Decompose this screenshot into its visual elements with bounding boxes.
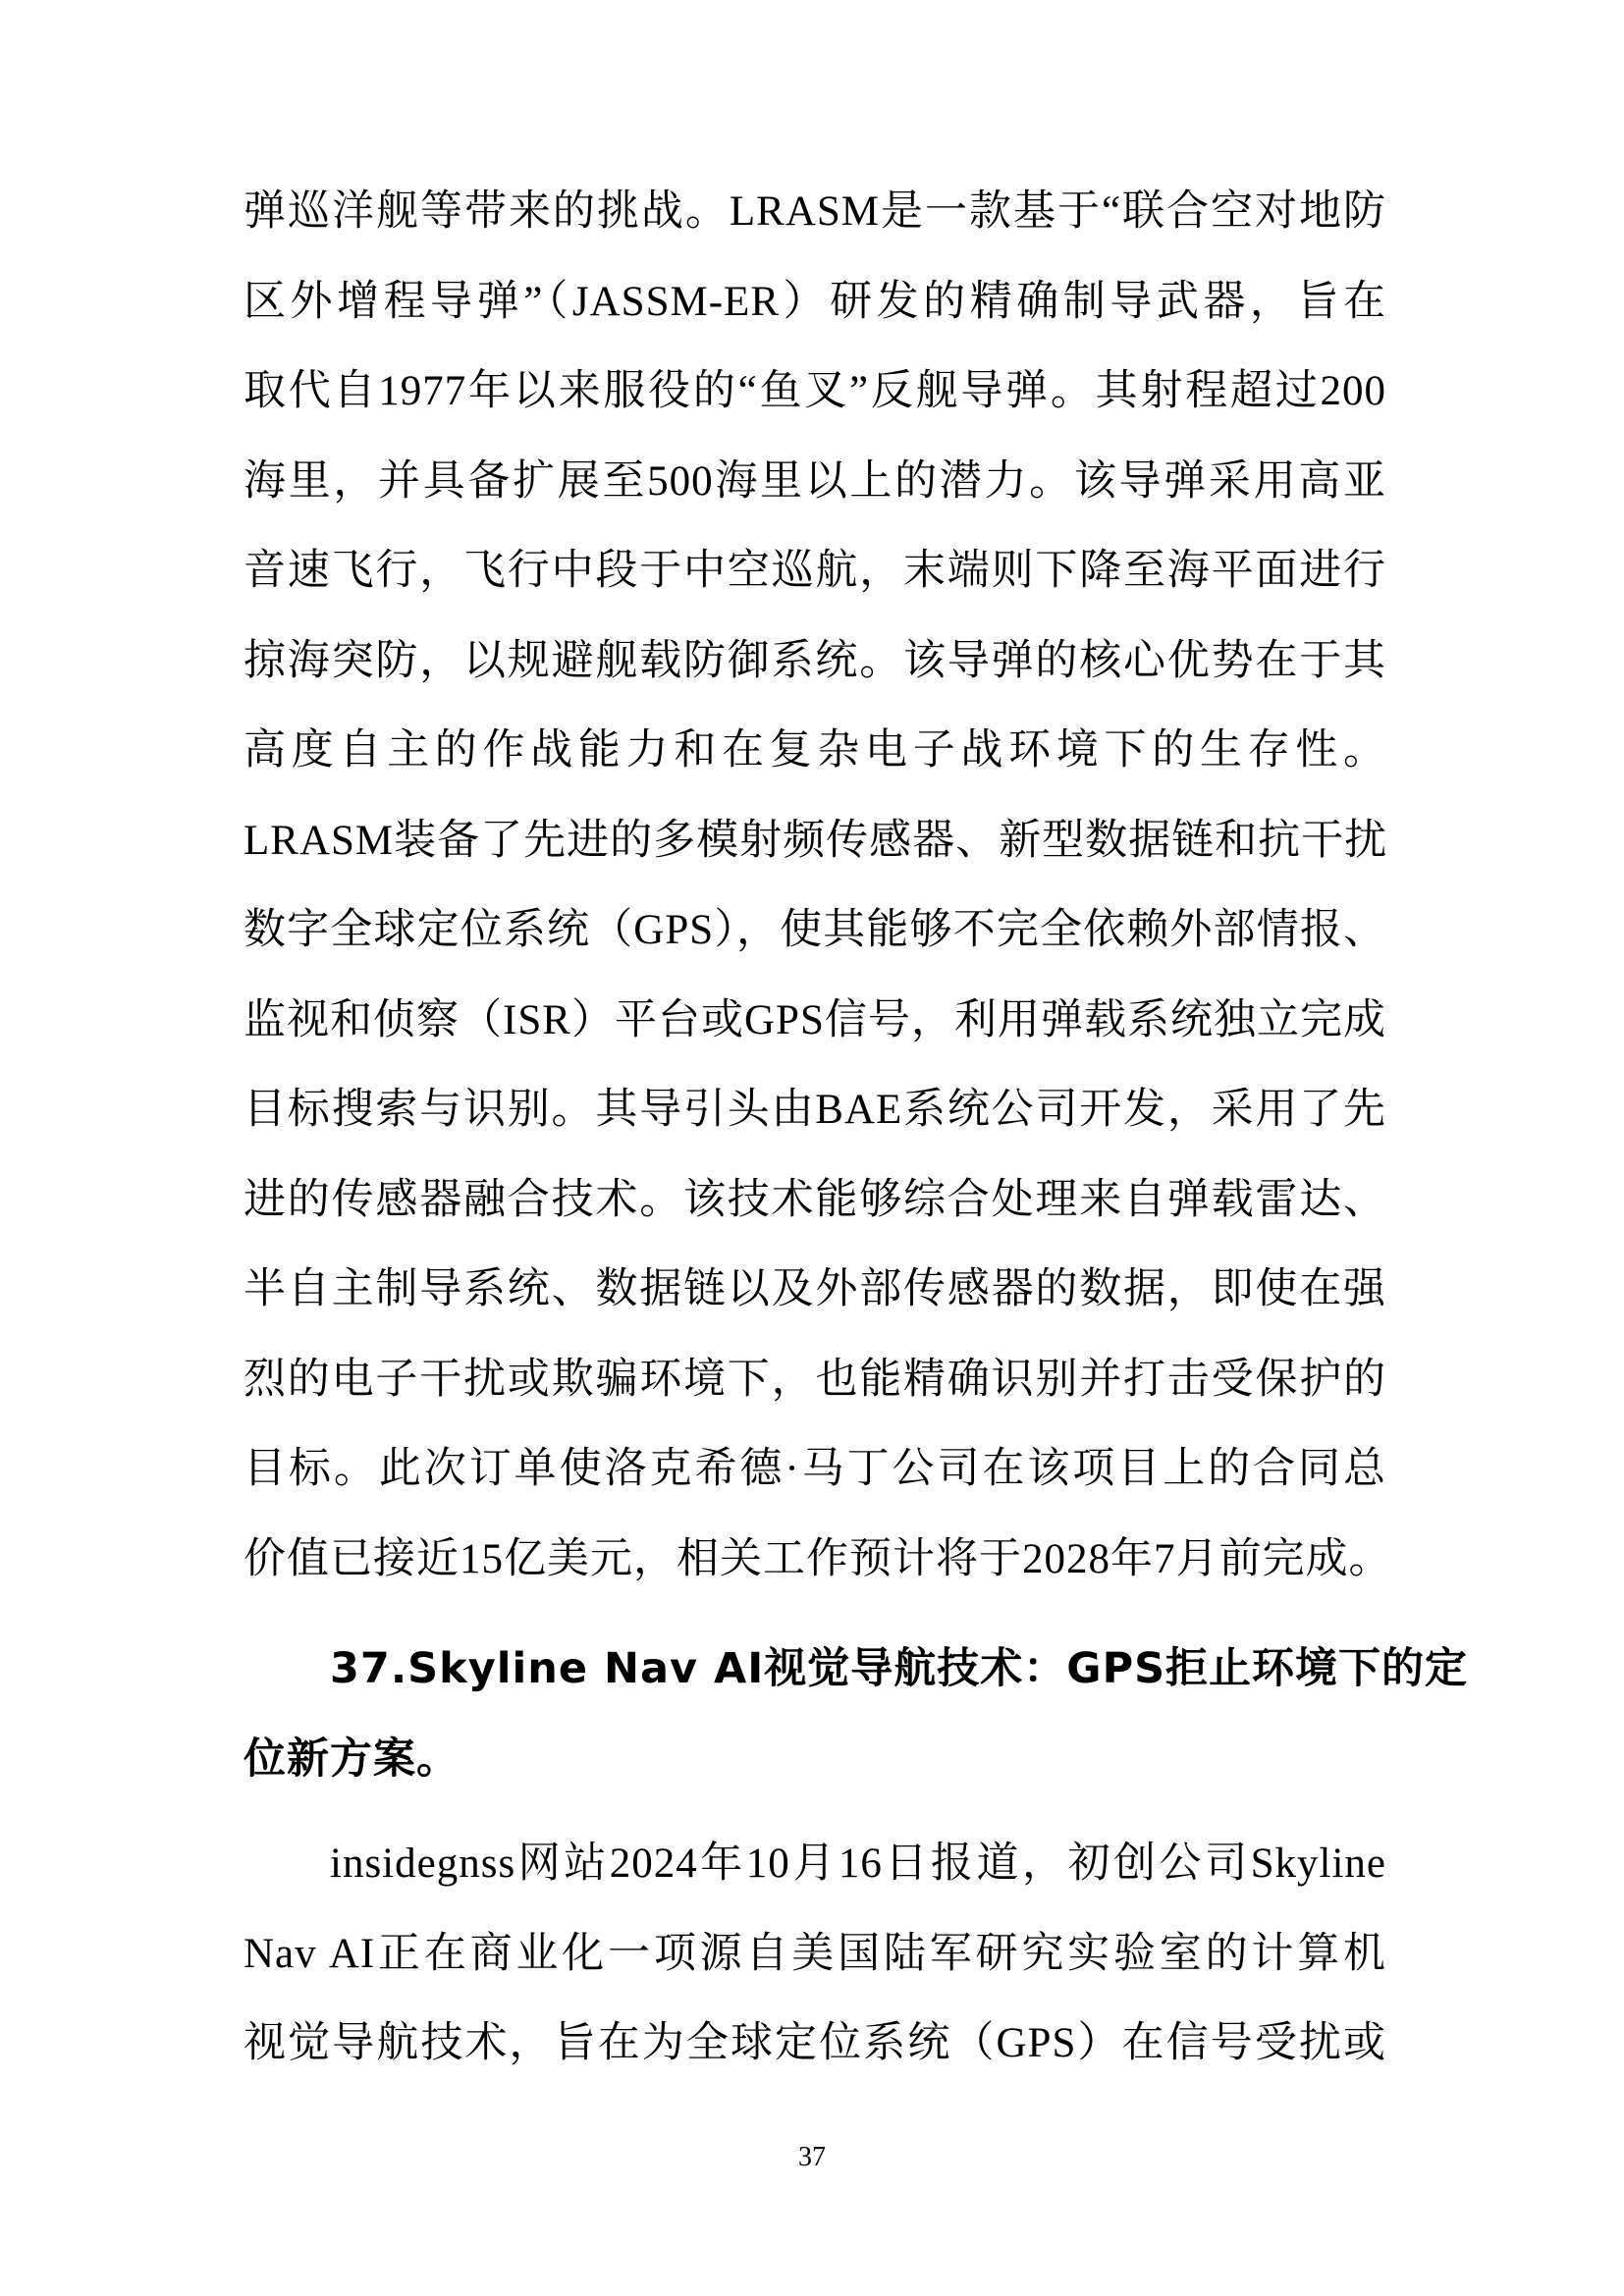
text-line: 监视和侦察（ISR）平台或GPS信号，利用弹载系统独立完成 xyxy=(244,976,1386,1066)
text-line: insidegnss网站2024年10月16日报道，初创公司Skyline xyxy=(244,1819,1386,1909)
text-line: 目标。此次订单使洛克希德·马丁公司在该项目上的合同总 xyxy=(244,1424,1386,1515)
section-heading: 37.Skyline Nav AI视觉导航技术：GPS拒止环境下的定 位新方案。 xyxy=(244,1625,1386,1804)
heading-line: 37.Skyline Nav AI视觉导航技术：GPS拒止环境下的定 xyxy=(244,1625,1386,1715)
page-number: 37 xyxy=(0,2142,1624,2173)
text-line: LRASM装备了先进的多模射频传感器、新型数据链和抗干扰 xyxy=(244,796,1386,886)
document-page: 弹巡洋舰等带来的挑战。LRASM是一款基于“联合空对地防 区外增程导弹”（JAS… xyxy=(0,0,1624,2296)
heading-line: 位新方案。 xyxy=(244,1715,1386,1805)
text-line: 高度自主的作战能力和在复杂电子战环境下的生存性。 xyxy=(244,706,1386,796)
text-line: 弹巡洋舰等带来的挑战。LRASM是一款基于“联合空对地防 xyxy=(244,167,1386,257)
text-line: 数字全球定位系统（GPS），使其能够不完全依赖外部情报、 xyxy=(244,885,1386,976)
text-line: 目标搜索与识别。其导引头由BAE系统公司开发，采用了先 xyxy=(244,1065,1386,1155)
text-line: 价值已接近15亿美元，相关工作预计将于2028年7月前完成。 xyxy=(244,1515,1386,1605)
text-line: 半自主制导系统、数据链以及外部传感器的数据，即使在强 xyxy=(244,1245,1386,1335)
paragraph-skyline-nav: insidegnss网站2024年10月16日报道，初创公司Skyline Na… xyxy=(244,1819,1386,2089)
text-line: Nav AI正在商业化一项源自美国陆军研究实验室的计算机 xyxy=(244,1909,1386,2000)
text-line: 取代自1977年以来服役的“鱼叉”反舰导弹。其射程超过200 xyxy=(244,347,1386,437)
paragraph-lrasm: 弹巡洋舰等带来的挑战。LRASM是一款基于“联合空对地防 区外增程导弹”（JAS… xyxy=(244,167,1386,1604)
text-line: 进的传感器融合技术。该技术能够综合处理来自弹载雷达、 xyxy=(244,1155,1386,1246)
text-line: 视觉导航技术，旨在为全球定位系统（GPS）在信号受扰或 xyxy=(244,1999,1386,2089)
text-line: 烈的电子干扰或欺骗环境下，也能精确识别并打击受保护的 xyxy=(244,1335,1386,1425)
text-line: 区外增程导弹”（JASSM-ER）研发的精确制导武器，旨在 xyxy=(244,257,1386,347)
text-line: 音速飞行，飞行中段于中空巡航，末端则下降至海平面进行 xyxy=(244,526,1386,616)
text-line: 掠海突防，以规避舰载防御系统。该导弹的核心优势在于其 xyxy=(244,616,1386,707)
text-line: 海里，并具备扩展至500海里以上的潜力。该导弹采用高亚 xyxy=(244,437,1386,527)
